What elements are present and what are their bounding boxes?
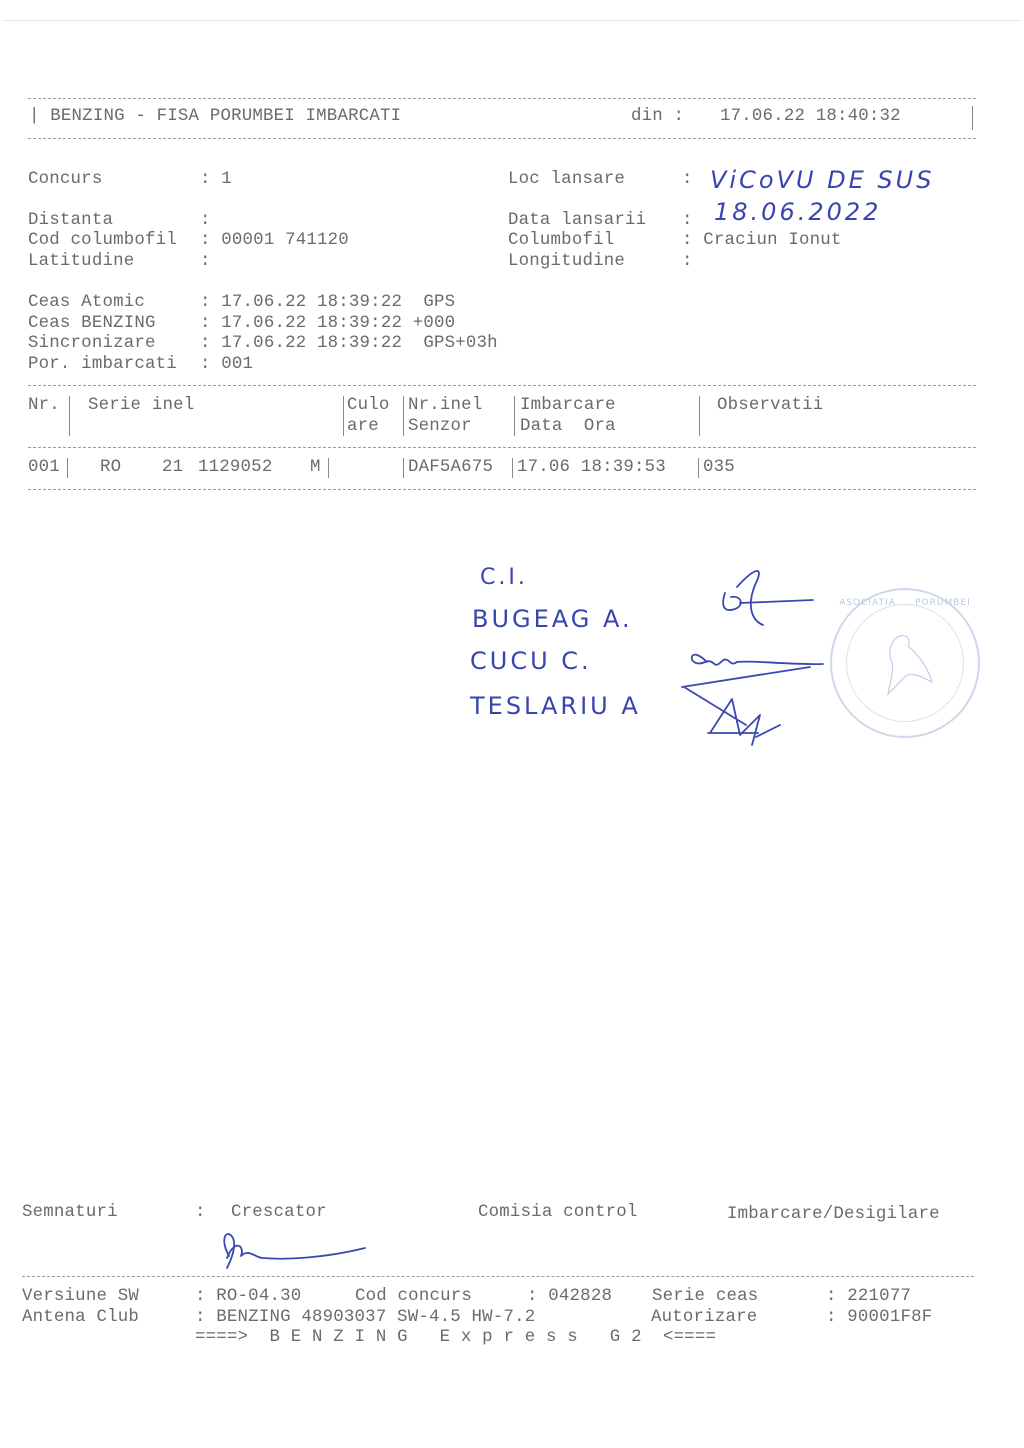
col-divider <box>698 458 699 478</box>
col-divider <box>699 396 700 436</box>
versiune-sw-value: : RO-04.30 <box>195 1287 301 1308</box>
col-header-imbarcare-2: Data Ora <box>520 417 616 438</box>
handwritten-commission-ci: C.I. <box>480 565 528 590</box>
handwritten-loc-lansare: ViCoVU DE SUS <box>710 166 934 194</box>
latitudine-label: Latitudine <box>28 252 188 273</box>
col-divider <box>69 396 70 436</box>
cod-concurs-value: : 042828 <box>527 1287 612 1308</box>
report-title: | BENZING - FISA PORUMBEI IMBARCATI <box>29 107 401 128</box>
cod-columbofil-value: : 00001 741120 <box>200 231 349 252</box>
stamp-text: ASOCIATIA ... PORUMBEI <box>832 598 978 608</box>
col-header-serie: Serie inel <box>88 396 194 417</box>
cell-nr: 001 <box>28 458 60 479</box>
crescator-label: Crescator <box>231 1203 327 1224</box>
report-date-label: din : <box>631 107 684 128</box>
table-bottom-rule <box>28 489 976 490</box>
concurs-value: : 1 <box>200 170 232 191</box>
cell-tara: RO <box>100 458 121 479</box>
page-top-edge <box>4 20 1020 21</box>
header-top-rule <box>28 98 976 99</box>
header-right-bar <box>972 106 973 130</box>
ceas-benzing-label: Ceas BENZING <box>28 314 188 335</box>
signature-cucu <box>685 640 825 680</box>
por-imbarcati-label: Por. imbarcati <box>28 355 177 376</box>
table-header-rule <box>28 447 976 448</box>
autorizare-value: : 90001F8F <box>826 1308 932 1329</box>
col-divider <box>343 396 344 436</box>
concurs-label: Concurs <box>28 170 188 191</box>
data-lansarii-label: Data lansarii <box>508 211 657 232</box>
versiune-sw-label: Versiune SW <box>22 1287 139 1308</box>
header-bottom-rule <box>28 138 976 139</box>
col-divider <box>512 458 513 478</box>
handwritten-commission-bugeag: BUGEAG A. <box>472 605 633 633</box>
ceas-atomic-value: : 17.06.22 18:39:22 GPS <box>200 293 455 314</box>
association-stamp: ASOCIATIA ... PORUMBEI <box>830 588 980 738</box>
data-lansarii-sep: : <box>682 211 693 232</box>
col-divider <box>403 396 404 436</box>
cell-serie: 1129052 <box>198 458 272 479</box>
por-imbarcati-value: : 001 <box>200 355 253 376</box>
sincronizare-label: Sincronizare <box>28 334 188 355</box>
col-header-nrinel-1: Nr.inel <box>408 396 482 417</box>
pigeon-icon <box>878 632 934 696</box>
handwritten-data-lansarii: 18.06.2022 <box>714 198 881 226</box>
loc-lansare-label: Loc lansare <box>508 170 678 191</box>
cell-observatii: 035 <box>703 458 735 479</box>
footer-rule <box>22 1276 974 1277</box>
col-divider <box>328 458 329 478</box>
benzing-express-banner: ====> B E N Z I N G E x p r e s s G 2 <=… <box>195 1328 716 1349</box>
cell-data-ora: 17.06 18:39:53 <box>517 458 666 479</box>
antena-club-label: Antena Club <box>22 1308 139 1329</box>
antena-club-value: : BENZING 48903037 SW-4.5 HW-7.2 <box>195 1308 535 1329</box>
distanta-value: : <box>200 211 211 232</box>
ceas-benzing-value: : 17.06.22 18:39:22 +000 <box>200 314 455 335</box>
col-divider <box>67 458 68 478</box>
handwritten-commission-teslariu: TESLARIU A <box>470 692 641 720</box>
col-header-culoare-1: Culo <box>347 396 390 417</box>
col-header-observatii: Observatii <box>717 396 823 417</box>
col-divider <box>403 458 404 478</box>
signature-bugeag <box>715 565 825 635</box>
serie-ceas-label: Serie ceas <box>652 1287 758 1308</box>
col-header-nrinel-2: Senzor <box>408 417 472 438</box>
latitudine-value: : <box>200 252 211 273</box>
imbarcare-desigilare-label: Imbarcare/Desigilare <box>727 1205 940 1226</box>
loc-lansare-sep: : <box>682 170 693 191</box>
handwritten-commission-cucu: CUCU C. <box>470 647 592 675</box>
table-top-rule <box>28 385 976 386</box>
col-header-nr: Nr. <box>28 396 60 417</box>
semnaturi-sep: : <box>195 1203 206 1224</box>
cod-columbofil-label: Cod columbofil <box>28 231 177 252</box>
longitudine-value: : <box>682 252 693 273</box>
cell-an: 21 <box>162 458 183 479</box>
semnaturi-label: Semnaturi <box>22 1203 118 1224</box>
cell-sex: M <box>310 458 321 479</box>
longitudine-label: Longitudine <box>508 252 678 273</box>
autorizare-label: Autorizare <box>651 1308 757 1329</box>
columbofil-label: Columbofil <box>508 231 678 252</box>
comisia-control-label: Comisia control <box>478 1203 638 1224</box>
cell-senzor: DAF5A675 <box>408 458 493 479</box>
signature-teslariu <box>680 675 800 755</box>
distanta-label: Distanta <box>28 211 188 232</box>
report-date-value: 17.06.22 18:40:32 <box>720 107 901 128</box>
ceas-atomic-label: Ceas Atomic <box>28 293 188 314</box>
serie-ceas-value: : 221077 <box>826 1287 911 1308</box>
col-header-culoare-2: are <box>347 417 379 438</box>
col-divider <box>514 396 515 436</box>
sincronizare-value: : 17.06.22 18:39:22 GPS+03h <box>200 334 498 355</box>
col-header-imbarcare-1: Imbarcare <box>520 396 616 417</box>
columbofil-value: : Craciun Ionut <box>682 231 842 252</box>
cod-concurs-label: Cod concurs <box>355 1287 472 1308</box>
signature-crescator <box>215 1228 375 1278</box>
